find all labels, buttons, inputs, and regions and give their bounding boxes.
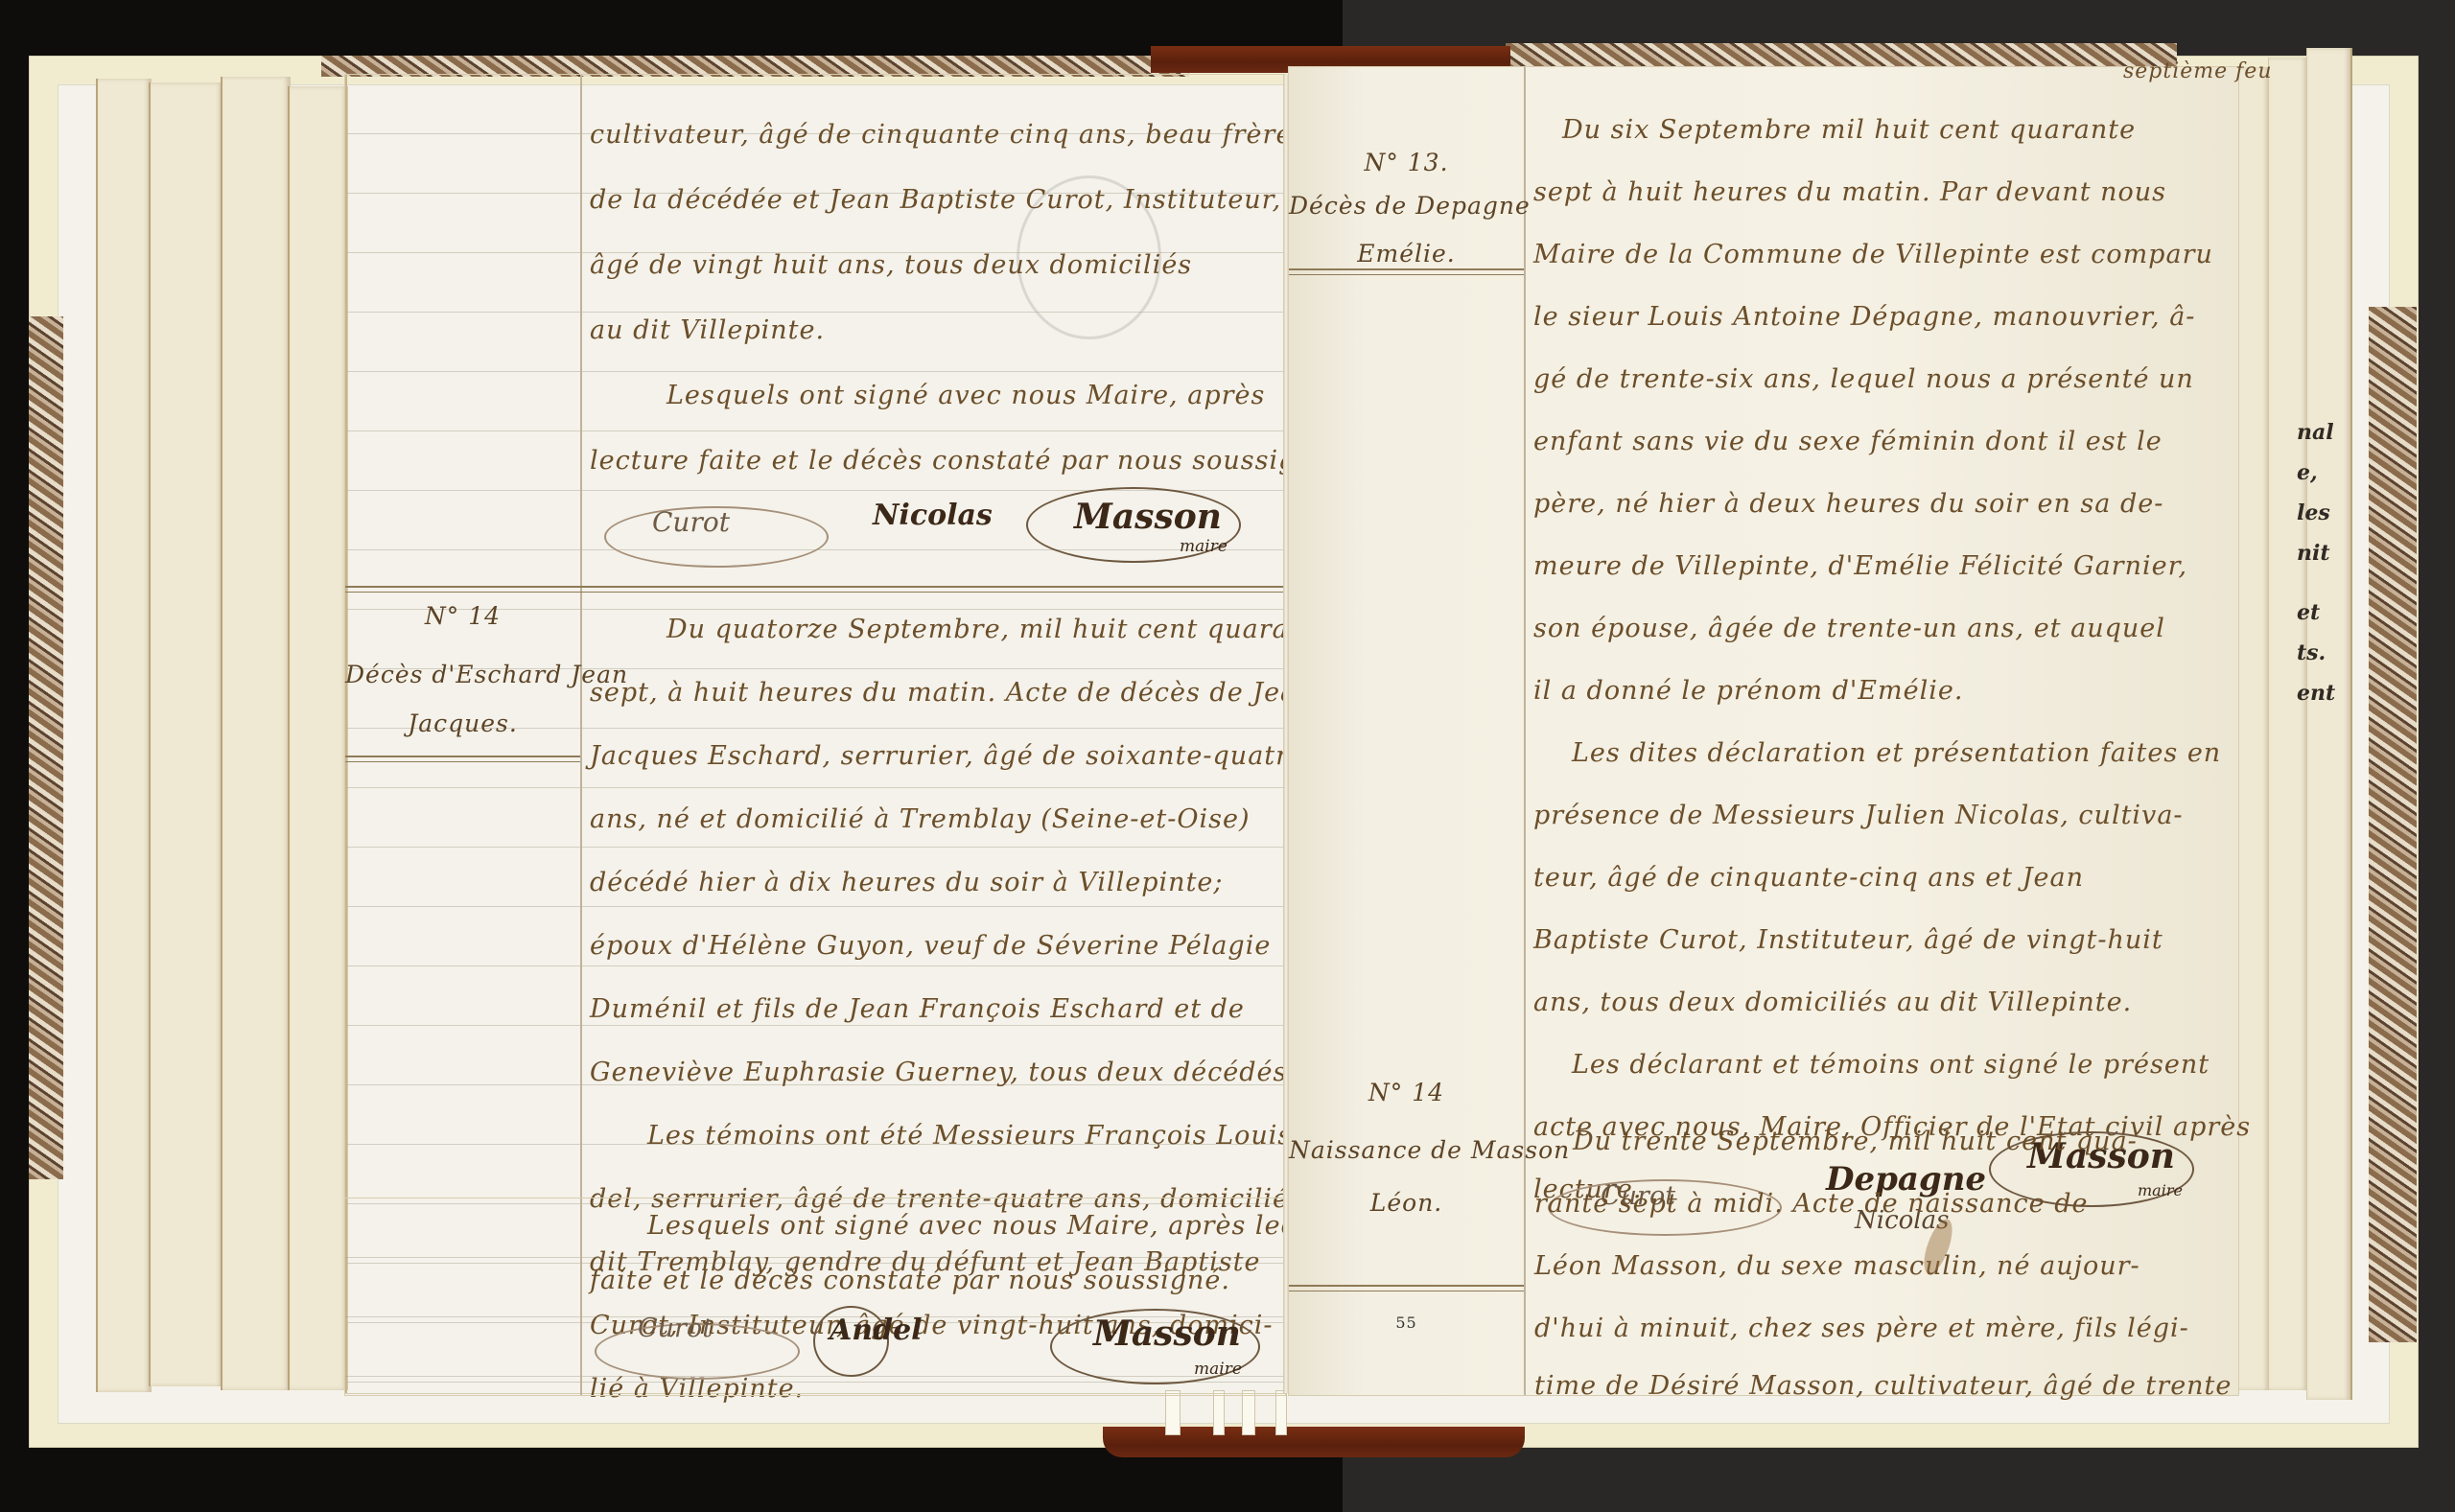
marbled-cover-right: [2369, 307, 2417, 1342]
margin-rule: [580, 75, 582, 1393]
text-line: père, né hier à deux heures du soir en s…: [1533, 475, 2163, 534]
text-line: présence de Messieurs Julien Nicolas, cu…: [1533, 786, 2184, 846]
text-line: le sieur Louis Antoine Dépagne, manouvri…: [1533, 288, 2195, 347]
text-line: Les déclarant et témoins ont signé le pr…: [1572, 1035, 2209, 1095]
margin-entry-14-birth: N° 14 Naissance de Masson Léon.: [1289, 1074, 1524, 1227]
page-edges-left-2: [149, 82, 223, 1386]
marbled-cover-top-right: [1506, 43, 2177, 67]
page-header-note: septième feu: [2123, 59, 2273, 83]
text-line: Geneviève Euphrasie Guerney, tous deux d…: [590, 1043, 1297, 1103]
text-line: faite et le décès constaté par nous sous…: [590, 1251, 1230, 1311]
margin-entry-13: N° 13. Décès de Depagne Emélie.: [1289, 144, 1524, 278]
printed-fragment: et: [2297, 593, 2335, 633]
printed-fragment: nit: [2297, 533, 2335, 573]
text-line: de la décédée et Jean Baptiste Curot, In…: [590, 171, 1281, 230]
signature-masson-mayor: Masson: [1093, 1314, 1241, 1354]
signature-block-2: Curot Andel Masson maire: [595, 1304, 1285, 1390]
text-line: Duménil et fils de Jean François Eschard…: [590, 980, 1245, 1039]
signature-masson-mayor: Masson: [1074, 497, 1222, 537]
printed-fragment: ts.: [2297, 633, 2335, 673]
text-line: Les dites déclaration et présentation fa…: [1572, 724, 2221, 783]
page-edges-left-4: [288, 86, 348, 1390]
text-line: Baptiste Curot, Instituteur, âgé de ving…: [1533, 911, 2163, 970]
left-page: cultivateur, âgé de cinquante cinq ans, …: [345, 75, 1285, 1393]
entry-margin-title: Décès de Depagne: [1289, 182, 1524, 230]
printed-fragment: e,: [2297, 453, 2335, 493]
signature-mayor-title: maire: [2138, 1181, 2183, 1199]
text-line: time de Désiré Masson, cultivateur, âgé …: [1534, 1357, 2232, 1416]
left-page-bottom: Lesquels ont signé avec nous Maire, aprè…: [345, 1198, 1285, 1395]
page-number-area: 55: [1289, 1314, 1524, 1332]
margin-rule: [580, 1198, 582, 1395]
text-line: lecture faite et le décès constaté par n…: [590, 431, 1339, 491]
text-line: Lesquels ont signé avec nous Maire, aprè…: [666, 366, 1265, 426]
marbled-cover-top-left: [321, 56, 1189, 77]
margin-separator-rule: [345, 756, 580, 762]
text-line: rante sept à midi. Acte de naissance de: [1534, 1175, 2089, 1234]
margin-rule: [1524, 67, 1526, 1395]
marbled-cover-left: [29, 316, 63, 1179]
signature-nicolas: Nicolas: [873, 499, 993, 532]
binding-strip: [1213, 1390, 1225, 1435]
text-line: Les témoins ont été Messieurs François L…: [647, 1106, 1366, 1166]
printed-fragment: nal: [2297, 412, 2335, 453]
text-line: Du six Septembre mil huit cent quarante: [1562, 101, 2136, 160]
entry-margin-title: Naissance de Masson: [1289, 1122, 1524, 1179]
entry-number: N° 13.: [1289, 144, 1524, 182]
signature-mayor-title: maire: [1180, 537, 1227, 556]
text-line: son épouse, âgée de trente-un ans, et au…: [1533, 599, 2165, 659]
binding-strip: [1242, 1390, 1255, 1435]
text-line: sept à huit heures du matin. Par devant …: [1533, 163, 2166, 222]
entry-separator-rule: [345, 586, 1285, 593]
page-edges-left-3: [221, 77, 291, 1390]
text-line: Jacques Eschard, serrurier, âgé de soixa…: [590, 727, 1305, 786]
text-line: d'hui à minuit, chez ses père et mère, f…: [1534, 1299, 2189, 1359]
binding-strip: [1165, 1390, 1181, 1435]
text-line: Du trente Septembre, mil huit cent qua-: [1573, 1112, 2138, 1172]
text-line: au dit Villepinte.: [590, 301, 825, 361]
text-line: enfant sans vie du sexe féminin dont il …: [1533, 412, 2163, 472]
text-line: Léon Masson, du sexe masculin, né aujour…: [1534, 1237, 2140, 1296]
entry-margin-title-cont: Léon.: [1289, 1179, 1524, 1227]
text-line: Du quatorze Septembre, mil huit cent qua…: [666, 600, 1334, 660]
text-line: gé de trente-six ans, lequel nous a prés…: [1533, 350, 2194, 409]
printed-edge-fragments: nal e, les nit et ts. ent: [2297, 412, 2335, 713]
page-edges-right-2: [2268, 58, 2309, 1390]
text-line: meure de Villepinte, d'Emélie Félicité G…: [1533, 537, 2187, 596]
margin-separator-rule: [1289, 1285, 1524, 1291]
signature-curot: Curot: [652, 506, 730, 538]
printed-fragment: les: [2297, 493, 2335, 533]
text-line: teur, âgé de cinquante-cinq ans et Jean: [1533, 849, 2084, 908]
text-line: il a donné le prénom d'Emélie.: [1533, 662, 1963, 721]
page-number: 55: [1395, 1314, 1416, 1332]
margin-entry-14: N° 14 Décès d'Eschard Jean Jacques.: [345, 597, 580, 743]
text-line: décédé hier à dix heures du soir à Ville…: [590, 853, 1224, 913]
entry-margin-title-cont: Jacques.: [345, 705, 580, 743]
entry-number: N° 14: [1289, 1074, 1524, 1112]
text-line: ans, tous deux domiciliés au dit Villepi…: [1533, 973, 2132, 1033]
signature-curot: Curot: [638, 1314, 713, 1343]
text-line: époux d'Hélène Guyon, veuf de Séverine P…: [590, 917, 1271, 976]
signature-mayor-title: maire: [1194, 1360, 1242, 1379]
signature-andel: Andel: [830, 1314, 923, 1347]
page-edges-left-1: [96, 79, 152, 1392]
text-line: Maire de la Commune de Villepinte est co…: [1533, 225, 2213, 285]
text-line: âgé de vingt huit ans, tous deux domicil…: [590, 236, 1192, 295]
printed-fragment: ent: [2297, 673, 2335, 713]
page-edges-right-3: [2306, 48, 2352, 1400]
margin-separator-rule: [1289, 268, 1524, 275]
binding-strip: [1275, 1390, 1287, 1435]
entry-number: N° 14: [345, 597, 580, 636]
text-line: sept, à huit heures du matin. Acte de dé…: [590, 663, 1315, 723]
text-line: Lesquels ont signé avec nous Maire, aprè…: [647, 1197, 1355, 1256]
text-line: ans, né et domicilié à Tremblay (Seine-e…: [590, 790, 1251, 849]
page-edges-right-1: [2234, 67, 2271, 1390]
text-line: cultivateur, âgé de cinquante cinq ans, …: [590, 105, 1292, 165]
entry-margin-title: Décès d'Eschard Jean: [345, 645, 580, 705]
signature-block-1: Curot Nicolas Masson maire: [595, 487, 1266, 564]
